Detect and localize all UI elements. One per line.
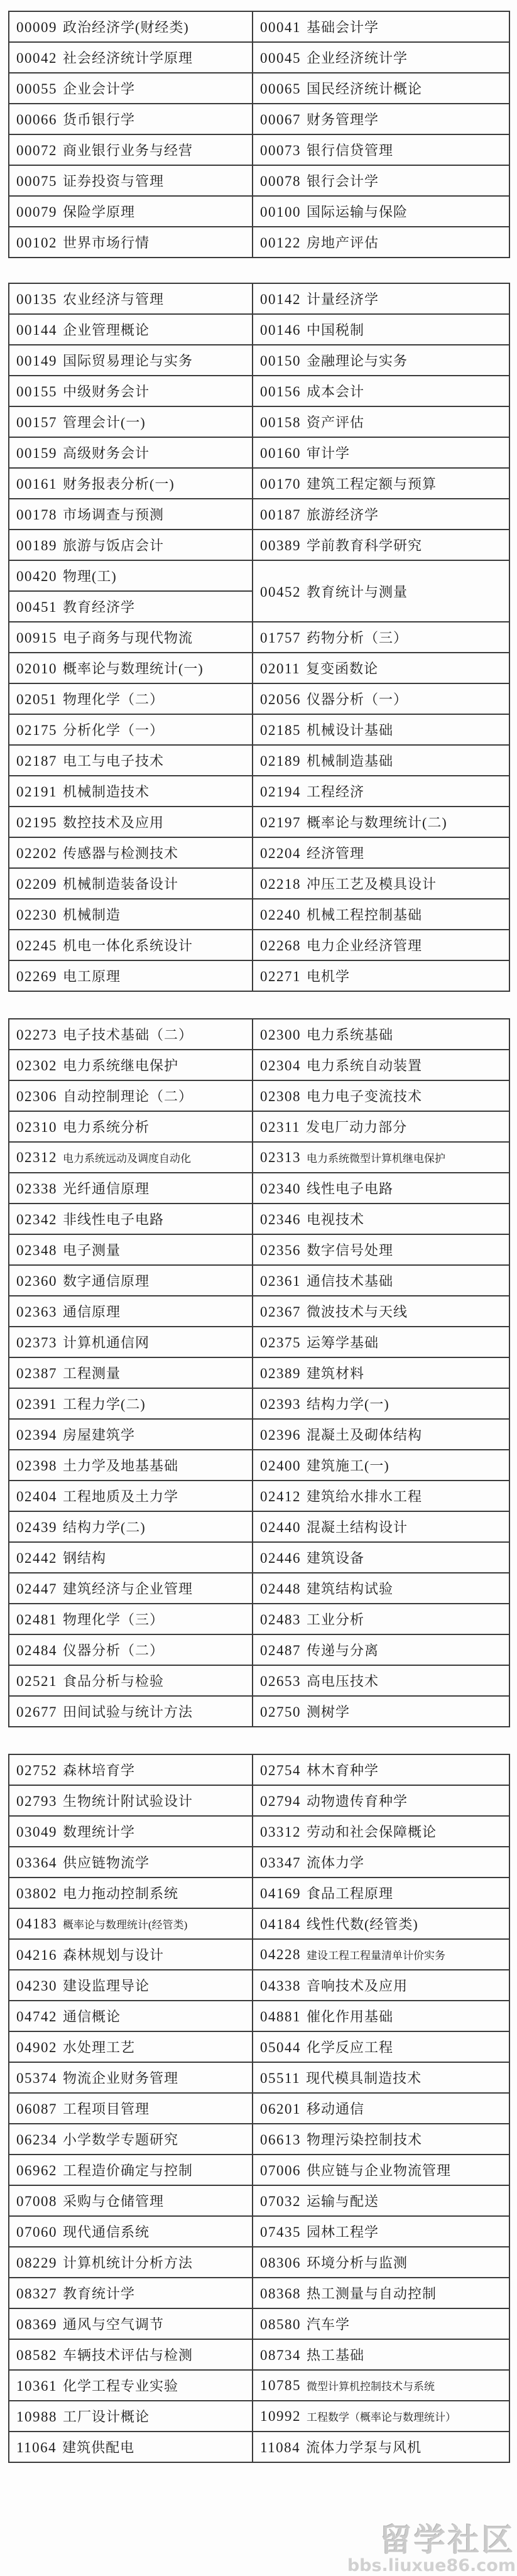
course-code: 02412	[260, 1489, 301, 1504]
course-code: 00135	[16, 291, 57, 307]
course-cell: 02194工程经济	[253, 776, 509, 807]
course-code: 02487	[260, 1643, 301, 1658]
course-cell: 00159高级财务会计	[9, 437, 253, 468]
course-code: 05044	[260, 2040, 301, 2055]
course-name: 汽车学	[307, 2317, 350, 2332]
course-name: 供应链与企业物流管理	[307, 2163, 451, 2178]
table-row: 02360数字通信原理02361通信技术基础	[9, 1265, 509, 1296]
table-row: 02312电力系统远动及调度自动化02313电力系统微型计算机继电保护	[9, 1142, 509, 1173]
course-code: 02197	[260, 815, 301, 830]
course-code: 06201	[260, 2101, 301, 2117]
course-cell: 04184线性代数(经管类)	[253, 1908, 509, 1939]
course-code: 04742	[16, 2009, 57, 2024]
course-code: 03802	[16, 1886, 57, 1901]
course-cell: 02202传感器与检测技术	[9, 837, 253, 868]
course-cell: 02363通信原理	[9, 1296, 253, 1327]
course-code: 00072	[16, 143, 57, 158]
course-code: 01757	[260, 630, 301, 646]
course-code: 00389	[260, 538, 301, 553]
course-code: 02202	[16, 845, 57, 861]
course-cell: 00075证券投资与管理	[9, 165, 253, 196]
course-cell: 04169食品工程原理	[253, 1878, 509, 1908]
course-cell: 02240机械工程控制基础	[253, 899, 509, 930]
course-name: 概率论与数理统计(经管类)	[63, 1919, 187, 1931]
course-cell: 00156成本会计	[253, 376, 509, 406]
course-name: 工程经济	[307, 784, 364, 800]
course-code: 02481	[16, 1612, 57, 1628]
course-cell: 02440混凝土结构设计	[253, 1511, 509, 1542]
course-cell: 02191机械制造技术	[9, 776, 253, 807]
table-row: 00075证券投资与管理00078银行会计学	[9, 165, 509, 196]
course-code: 02396	[260, 1427, 301, 1443]
course-code: 00915	[16, 630, 57, 646]
course-name: 经济管理	[307, 845, 364, 861]
course-cell: 02185机械设计基础	[253, 714, 509, 745]
table-row: 00079保险学原理00100国际运输与保险	[9, 196, 509, 227]
table-row: 07060现代通信系统07435园林工程学	[9, 2216, 509, 2247]
table-row: 02442钢结构02446建筑设备	[9, 1542, 509, 1573]
course-name: 概率论与数理统计(二)	[307, 815, 447, 830]
course-cell: 02209机械制造装备设计	[9, 868, 253, 899]
table-row: 00161财务报表分析(一)00170建筑工程定额与预算	[9, 468, 509, 499]
course-name: 建筑材料	[307, 1366, 364, 1381]
course-name: 计算机统计分析方法	[63, 2255, 193, 2271]
course-name: 成本会计	[307, 384, 364, 399]
course-cell: 00451教育经济学	[9, 591, 253, 622]
course-cell: 06962工程造价确定与控制	[9, 2155, 253, 2185]
course-cell: 00144企业管理概论	[9, 314, 253, 345]
course-code: 06962	[16, 2163, 57, 2178]
course-code: 10785	[260, 2378, 301, 2393]
table-row: 03802电力拖动控制系统04169食品工程原理	[9, 1878, 509, 1908]
course-code: 04902	[16, 2040, 57, 2055]
course-name: 数字通信原理	[63, 1273, 150, 1289]
course-name: 电子技术基础（二）	[63, 1027, 193, 1043]
course-name: 机械工程控制基础	[307, 907, 422, 923]
table-row: 02342非线性电子电路02346电视技术	[9, 1204, 509, 1234]
course-cell: 02393结构力学(一)	[253, 1388, 509, 1419]
course-code: 00159	[16, 445, 57, 461]
table-row: 05374物流企业财务管理05511现代模具制造技术	[9, 2062, 509, 2093]
course-name: 物理(工)	[63, 568, 117, 584]
course-name: 房屋建筑学	[63, 1427, 135, 1443]
course-name: 审计学	[307, 445, 350, 461]
course-code: 10361	[16, 2378, 57, 2394]
course-code: 00178	[16, 507, 57, 523]
course-name: 财务管理学	[307, 112, 379, 128]
course-code: 00187	[260, 507, 301, 523]
table-row: 11064建筑供配电11084流体力学泵与风机	[9, 2432, 509, 2462]
course-name: 概率论与数理统计(一)	[63, 661, 204, 677]
course-name: 企业经济统计学	[307, 50, 408, 66]
table-row: 00042社会经济统计学原理00045企业经济统计学	[9, 42, 509, 73]
course-name: 生物统计附试验设计	[63, 1793, 193, 1809]
course-code: 02340	[260, 1181, 301, 1197]
table-row: 02191机械制造技术02194工程经济	[9, 776, 509, 807]
course-code: 08734	[260, 2347, 301, 2363]
course-cell: 00187旅游经济学	[253, 499, 509, 530]
course-cell: 02521食品分析与检验	[9, 1665, 253, 1696]
course-code: 00150	[260, 353, 301, 369]
course-cell: 00067财务管理学	[253, 104, 509, 134]
course-code: 08306	[260, 2255, 301, 2271]
course-code: 04228	[260, 1947, 301, 1962]
table-row: 02391工程力学(二)02393结构力学(一)	[9, 1388, 509, 1419]
course-name: 财务报表分析(一)	[63, 476, 175, 492]
course-name: 林木育种学	[307, 1763, 379, 1778]
course-code: 02356	[260, 1242, 301, 1258]
course-name: 建筑结构试验	[307, 1581, 393, 1597]
course-cell: 02483工业分析	[253, 1604, 509, 1634]
course-code: 02240	[260, 907, 301, 923]
course-code: 00170	[260, 476, 301, 492]
course-cell: 06234小学数学专题研究	[9, 2124, 253, 2155]
course-code: 02754	[260, 1763, 301, 1778]
table-row: 02338光纤通信原理02340线性电子电路	[9, 1173, 509, 1204]
course-name: 发电厂动力部分	[306, 1119, 407, 1135]
course-code: 02185	[260, 722, 301, 738]
course-name: 电子测量	[63, 1242, 121, 1258]
table-row: 02202传感器与检测技术02204经济管理	[9, 837, 509, 868]
course-cell: 02653高电压技术	[253, 1665, 509, 1696]
course-cell: 07006供应链与企业物流管理	[253, 2155, 509, 2185]
course-code: 00160	[260, 445, 301, 461]
course-name: 中级财务会计	[63, 384, 150, 399]
course-name: 电力拖动控制系统	[63, 1886, 178, 1901]
course-code: 00144	[16, 322, 57, 338]
course-name: 传感器与检测技术	[63, 845, 178, 861]
course-name: 数理统计学	[63, 1824, 135, 1840]
course-cell: 02269电工原理	[9, 960, 253, 991]
course-name: 结构力学(二)	[63, 1519, 146, 1535]
course-code: 00451	[16, 599, 57, 615]
course-name: 物理污染控制技术	[307, 2132, 422, 2148]
table-row: 02484仪器分析（二）02487传递与分离	[9, 1634, 509, 1665]
course-code: 00041	[260, 19, 301, 35]
table-row: 02363通信原理02367微波技术与天线	[9, 1296, 509, 1327]
course-code: 00009	[16, 19, 57, 35]
course-cell: 04742通信概论	[9, 2001, 253, 2031]
course-code: 02398	[16, 1458, 57, 1474]
course-name: 电力系统自动装置	[307, 1058, 422, 1073]
course-code: 02313	[260, 1149, 301, 1165]
course-code: 02300	[260, 1027, 301, 1043]
course-name: 食品工程原理	[307, 1886, 393, 1901]
course-code: 02404	[16, 1489, 57, 1504]
course-code: 11064	[16, 2440, 57, 2455]
course-cell: 02187电工与电子技术	[9, 745, 253, 776]
table-row: 02793生物统计附试验设计02794动物遗传育种学	[9, 1785, 509, 1816]
course-name: 机械设计基础	[307, 722, 393, 738]
course-cell: 02271电机学	[253, 960, 509, 991]
table-row: 04902水处理工艺05044化学反应工程	[9, 2031, 509, 2062]
course-code: 07032	[260, 2193, 301, 2209]
course-cell: 00149国际贸易理论与实务	[9, 345, 253, 376]
course-code: 00042	[16, 50, 57, 66]
course-code: 02312	[16, 1149, 57, 1165]
course-code: 02304	[260, 1058, 301, 1073]
course-code: 02373	[16, 1335, 57, 1350]
course-cell: 02793生物统计附试验设计	[9, 1785, 253, 1816]
course-cell: 02268电力企业经济管理	[253, 930, 509, 960]
course-cell: 02306自动控制理论（二）	[9, 1080, 253, 1111]
table-row: 04216森林规划与设计04228建设工程工程量清单计价实务	[9, 1939, 509, 1970]
course-code: 07006	[260, 2163, 301, 2178]
table-row: 02439结构力学(二)02440混凝土结构设计	[9, 1511, 509, 1542]
course-cell: 02218冲压工艺及模具设计	[253, 868, 509, 899]
course-name: 建筑工程定额与预算	[307, 476, 437, 492]
course-cell: 00158资产评估	[253, 406, 509, 437]
course-cell: 02394房屋建筑学	[9, 1419, 253, 1450]
table-row: 02348电子测量02356数字信号处理	[9, 1234, 509, 1265]
table-row: 00178市场调查与预测00187旅游经济学	[9, 499, 509, 530]
course-cell: 01757药物分析（三）	[253, 622, 509, 653]
course-cell: 03802电力拖动控制系统	[9, 1878, 253, 1908]
course-name: 环境分析与监测	[307, 2255, 408, 2271]
course-code: 02393	[260, 1396, 301, 1412]
course-cell: 07032运输与配送	[253, 2185, 509, 2216]
course-code: 02391	[16, 1396, 57, 1412]
course-name: 物理化学（二）	[63, 692, 164, 707]
course-code-tables: 00009政治经济学(财经类)00041基础会计学00042社会经济统计学原理0…	[8, 11, 509, 2463]
course-name: 计量经济学	[307, 291, 379, 307]
course-name: 房地产评估	[307, 235, 379, 251]
course-name: 土力学及地基基础	[63, 1458, 178, 1474]
course-cell: 02487传递与分离	[253, 1634, 509, 1665]
course-name: 通信原理	[63, 1304, 121, 1320]
course-code: 02483	[260, 1612, 301, 1628]
course-code: 02194	[260, 784, 301, 800]
course-name: 仪器分析（一）	[307, 692, 408, 707]
course-name: 水处理工艺	[63, 2040, 135, 2055]
course-code: 06087	[16, 2101, 57, 2117]
course-cell: 00150金融理论与实务	[253, 345, 509, 376]
course-code: 02195	[16, 815, 57, 830]
course-code: 02245	[16, 938, 57, 954]
course-code: 00122	[260, 235, 301, 251]
table-row: 02677田间试验与统计方法02750测树学	[9, 1696, 509, 1727]
course-name: 银行信贷管理	[307, 143, 393, 158]
course-code: 02209	[16, 876, 57, 892]
course-code: 02268	[260, 938, 301, 954]
course-name: 电力系统远动及调度自动化	[63, 1153, 191, 1165]
watermark: 留学社区 bbs.liuxue86.com	[347, 2524, 516, 2575]
course-cell: 00072商业银行业务与经营	[9, 134, 253, 165]
course-cell: 00157管理会计(一)	[9, 406, 253, 437]
course-code: 02794	[260, 1793, 301, 1809]
course-cell: 00122房地产评估	[253, 227, 509, 258]
table-row: 00072商业银行业务与经营00073银行信贷管理	[9, 134, 509, 165]
course-name: 电工原理	[63, 969, 121, 984]
course-cell: 04216森林规划与设计	[9, 1939, 253, 1970]
course-code: 02367	[260, 1304, 301, 1320]
course-code: 02447	[16, 1581, 57, 1597]
course-code: 00065	[260, 81, 301, 97]
course-name: 结构力学(一)	[307, 1396, 389, 1412]
course-code: 02387	[16, 1366, 57, 1381]
course-code: 07008	[16, 2193, 57, 2209]
course-cell: 02308电力电子变流技术	[253, 1080, 509, 1111]
course-name: 采购与仓储管理	[63, 2193, 164, 2209]
course-code: 04184	[260, 1916, 301, 1932]
table-row: 00159高级财务会计00160审计学	[9, 437, 509, 468]
course-name: 电力企业经济管理	[307, 938, 422, 954]
course-name: 企业管理概论	[63, 322, 150, 338]
course-code: 07060	[16, 2224, 57, 2240]
table-row: 07008采购与仓储管理07032运输与配送	[9, 2185, 509, 2216]
course-name: 流体力学泵与风机	[306, 2440, 422, 2455]
course-cell: 02338光纤通信原理	[9, 1173, 253, 1204]
course-cell: 02375运筹学基础	[253, 1327, 509, 1357]
course-cell: 02312电力系统远动及调度自动化	[9, 1142, 253, 1173]
course-cell: 02400建筑施工(一)	[253, 1450, 509, 1481]
course-cell: 04881催化作用基础	[253, 2001, 509, 2031]
course-name: 药物分析（三）	[307, 630, 408, 646]
course-cell: 02396混凝土及砌体结构	[253, 1419, 509, 1450]
course-name: 工程项目管理	[63, 2101, 150, 2117]
table-row: 02398土力学及地基基础02400建筑施工(一)	[9, 1450, 509, 1481]
course-cell: 02346电视技术	[253, 1204, 509, 1234]
course-cell: 02387工程测量	[9, 1357, 253, 1388]
course-cell: 02794动物遗传育种学	[253, 1785, 509, 1816]
course-cell: 00189旅游与饭店会计	[9, 530, 253, 560]
course-cell: 00146中国税制	[253, 314, 509, 345]
course-cell: 02446建筑设备	[253, 1542, 509, 1573]
table-row: 02404工程地质及土力学02412建筑给水排水工程	[9, 1481, 509, 1511]
course-name: 音响技术及应用	[307, 1978, 408, 1994]
course-name: 食品分析与检验	[63, 1673, 164, 1689]
course-cell: 06201移动通信	[253, 2093, 509, 2124]
course-cell: 10992工程数学（概率论与数理统计）	[253, 2401, 509, 2432]
course-name: 机电一体化系统设计	[63, 938, 193, 954]
course-name: 学前教育科学研究	[307, 538, 422, 553]
table-row: 02273电子技术基础（二）02300电力系统基础	[9, 1019, 509, 1050]
course-name: 工程数学（概率论与数理统计）	[307, 2411, 456, 2423]
course-code: 08369	[16, 2317, 57, 2332]
course-cell: 00389学前教育科学研究	[253, 530, 509, 560]
course-cell: 07060现代通信系统	[9, 2216, 253, 2247]
course-cell: 08369通风与空气调节	[9, 2308, 253, 2339]
course-cell: 04338音响技术及应用	[253, 1970, 509, 2001]
course-name: 工程地质及土力学	[63, 1489, 178, 1504]
course-cell: 02348电子测量	[9, 1234, 253, 1265]
course-cell: 00078银行会计学	[253, 165, 509, 196]
course-name: 高级财务会计	[63, 445, 150, 461]
course-cell: 02439结构力学(二)	[9, 1511, 253, 1542]
course-name: 现代模具制造技术	[306, 2070, 422, 2086]
course-name: 国际贸易理论与实务	[63, 353, 193, 369]
course-cell: 00155中级财务会计	[9, 376, 253, 406]
course-name: 微型计算机控制技术与系统	[307, 2381, 435, 2393]
course-name: 建筑给水排水工程	[307, 1489, 422, 1504]
course-name: 电力系统分析	[63, 1119, 150, 1135]
course-name: 园林工程学	[307, 2224, 379, 2240]
course-name: 工程测量	[63, 1366, 121, 1381]
table-row: 10361化学工程专业实验10785微型计算机控制技术与系统	[9, 2370, 509, 2401]
table-row: 02230机械制造02240机械工程控制基础	[9, 899, 509, 930]
course-name: 银行会计学	[307, 173, 379, 189]
course-cell: 02197概率论与数理统计(二)	[253, 807, 509, 837]
course-name: 传递与分离	[307, 1643, 379, 1658]
course-cell: 00160审计学	[253, 437, 509, 468]
course-code: 02484	[16, 1643, 57, 1658]
course-code: 02394	[16, 1427, 57, 1443]
table-row: 02373计算机通信网02375运筹学基础	[9, 1327, 509, 1357]
course-name: 证券投资与管理	[63, 173, 164, 189]
course-code: 02271	[260, 969, 301, 984]
course-name: 仪器分析（二）	[63, 1643, 164, 1658]
course-code: 02750	[260, 1704, 301, 1720]
course-cell: 02304电力系统自动装置	[253, 1050, 509, 1080]
course-code: 05511	[260, 2070, 300, 2086]
course-cell: 02412建筑给水排水工程	[253, 1481, 509, 1511]
course-code: 02400	[260, 1458, 301, 1474]
course-name: 电视技术	[307, 1212, 364, 1227]
course-code: 02677	[16, 1704, 57, 1720]
course-code: 00045	[260, 50, 301, 66]
table-row: 00915电子商务与现代物流01757药物分析（三）	[9, 622, 509, 653]
course-name: 运输与配送	[307, 2193, 379, 2209]
course-cell: 03364供应链物流学	[9, 1847, 253, 1878]
course-code: 02218	[260, 876, 301, 892]
course-cell: 08734热工基础	[253, 2339, 509, 2370]
course-name: 教育经济学	[63, 599, 135, 615]
table-row: 00102世界市场行情00122房地产评估	[9, 227, 509, 258]
course-cell: 02302电力系统继电保护	[9, 1050, 253, 1080]
course-code: 00079	[16, 204, 57, 220]
course-cell: 02361通信技术基础	[253, 1265, 509, 1296]
course-cell: 03312劳动和社会保障概论	[253, 1816, 509, 1847]
course-cell: 02398土力学及地基基础	[9, 1450, 253, 1481]
course-name: 混凝土结构设计	[307, 1519, 408, 1535]
course-code: 02752	[16, 1763, 57, 1778]
course-name: 混凝土及砌体结构	[307, 1427, 422, 1443]
course-name: 旅游经济学	[307, 507, 379, 523]
table-row: 10988工厂设计概论10992工程数学（概率论与数理统计）	[9, 2401, 509, 2432]
course-cell: 00042社会经济统计学原理	[9, 42, 253, 73]
course-name: 现代通信系统	[63, 2224, 150, 2240]
course-code: 02187	[16, 753, 57, 769]
course-name: 数字信号处理	[307, 1242, 393, 1258]
course-code: 04230	[16, 1978, 57, 1994]
course-cell: 08582车辆技术评估与检测	[9, 2339, 253, 2370]
course-name: 通信技术基础	[307, 1273, 393, 1289]
course-cell: 00135农业经济与管理	[9, 283, 253, 314]
course-cell: 00045企业经济统计学	[253, 42, 509, 73]
course-cell: 02342非线性电子电路	[9, 1204, 253, 1234]
course-code: 02439	[16, 1519, 57, 1535]
table-row: 02394房屋建筑学02396混凝土及砌体结构	[9, 1419, 509, 1450]
course-code: 02342	[16, 1212, 57, 1227]
course-cell: 00142计量经济学	[253, 283, 509, 314]
course-name: 热工测量与自动控制	[307, 2286, 437, 2302]
course-name: 金融理论与实务	[307, 353, 408, 369]
course-name: 工业分析	[307, 1612, 364, 1628]
course-cell: 10361化学工程专业实验	[9, 2370, 253, 2401]
course-cell: 02340线性电子电路	[253, 1173, 509, 1204]
course-code: 08580	[260, 2317, 301, 2332]
course-name: 保险学原理	[63, 204, 135, 220]
course-code: 00155	[16, 384, 57, 399]
course-name: 机械制造基础	[307, 753, 393, 769]
course-name: 建筑经济与企业管理	[63, 1581, 193, 1597]
course-cell: 02310电力系统分析	[9, 1111, 253, 1142]
course-code: 00157	[16, 415, 57, 430]
course-name: 森林培育学	[63, 1763, 135, 1778]
course-name: 建筑供配电	[62, 2440, 134, 2455]
course-cell: 02011复变函数论	[253, 653, 509, 683]
course-cell: 02442钢结构	[9, 1542, 253, 1573]
